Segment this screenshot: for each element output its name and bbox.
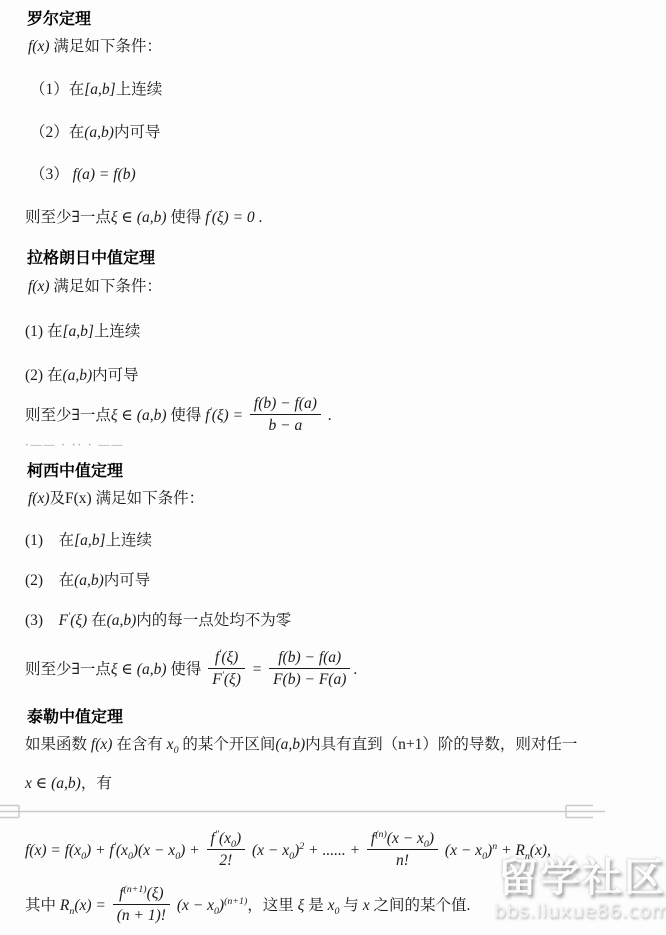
cauchy-condition-3: (3) F′(ξ) 在(a,b)内的每一点处均不为零 <box>25 610 291 632</box>
rolle-conclusion: 则至少∃一点ξ ∈ (a,b) 使得 f′(ξ) = 0 . <box>25 207 262 229</box>
erased-text-fragment: ·—— · ·· · —— <box>25 441 135 450</box>
cauchy-condition-2: (2) 在(a,b)内可导 <box>25 570 150 592</box>
rolle-condition-1: （1）在[a,b]上连续 <box>30 79 162 101</box>
rolle-intro: f(x) 满足如下条件： <box>28 36 162 58</box>
lagrange-condition-1: (1) 在[a,b]上连续 <box>25 321 140 343</box>
cauchy-intro: f(x)及F(x) 满足如下条件： <box>28 488 204 510</box>
rolle-heading: 罗尔定理 <box>27 8 91 30</box>
watermark-title: 留学社区 <box>494 856 666 900</box>
page-break-divider <box>0 799 666 825</box>
lagrange-heading: 拉格朗日中值定理 <box>27 247 155 269</box>
document-page: 罗尔定理 f(x) 满足如下条件： （1）在[a,b]上连续 （2）在(a,b)… <box>0 0 666 935</box>
rolle-condition-2: （2）在(a,b)内可导 <box>30 122 160 144</box>
lagrange-intro: f(x) 满足如下条件： <box>28 276 162 298</box>
watermark: 留学社区 bbs.liuxue86.com <box>494 856 666 922</box>
taylor-paragraph-2: x ∈ (a,b)，有 <box>25 773 112 795</box>
cauchy-conclusion: 则至少∃一点ξ ∈ (a,b) 使得 f′(ξ)F′(ξ) = f(b) − f… <box>25 650 357 691</box>
lagrange-condition-2: (2) 在(a,b)内可导 <box>25 365 139 387</box>
taylor-formula: f(x) = f(x0) + f′(x0)(x − x0) + f″(x0)2!… <box>25 831 551 872</box>
taylor-remainder: 其中 Rn(x) = f(n+1)(ξ)(n + 1)! (x − x0)(n+… <box>25 886 470 927</box>
rolle-condition-3: （3） f(a) = f(b) <box>30 164 136 186</box>
cauchy-condition-1: (1) 在[a,b]上连续 <box>25 530 152 552</box>
taylor-heading: 泰勒中值定理 <box>27 706 123 728</box>
taylor-paragraph-1: 如果函数 f(x) 在含有 x0 的某个开区间(a,b)内具有直到（n+1）阶的… <box>25 734 577 756</box>
watermark-url: bbs.liuxue86.com <box>494 900 666 922</box>
cauchy-heading: 柯西中值定理 <box>27 460 123 482</box>
lagrange-conclusion: 则至少∃一点ξ ∈ (a,b) 使得 f′(ξ) = f(b) − f(a)b … <box>25 396 332 437</box>
